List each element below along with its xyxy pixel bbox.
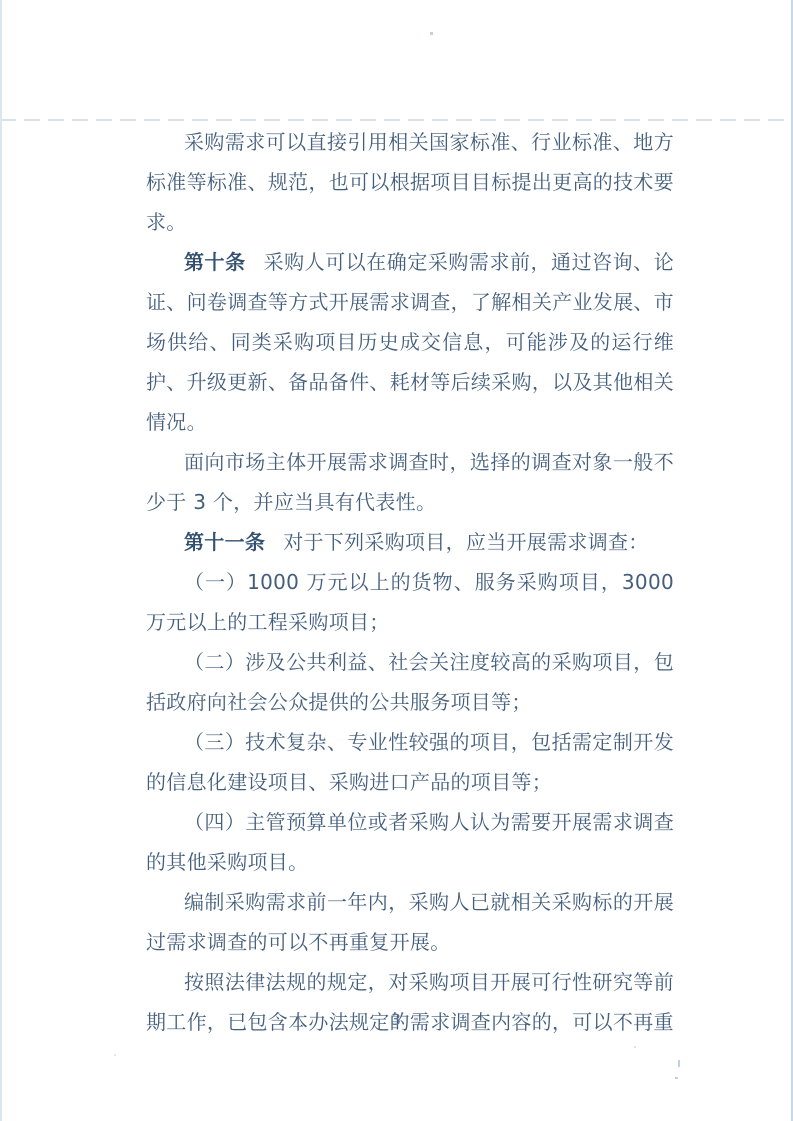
paragraph: 采购需求可以直接引用相关国家标准、行业标准、地方标准等标准、规范，也可以根据项目…: [146, 122, 674, 242]
document-body: 采购需求可以直接引用相关国家标准、行业标准、地方标准等标准、规范，也可以根据项目…: [146, 122, 674, 1042]
paragraph-text: （四）主管预算单位或者采购人认为需要开展需求调查的其他采购项目。: [146, 810, 674, 874]
paragraph-text: （二）涉及公共利益、社会关注度较高的采购项目，包括政府向社会公众提供的公共服务项…: [146, 650, 674, 714]
article-number: 第十条: [184, 250, 246, 274]
scan-edge-line-left: [0, 0, 2, 1121]
paragraph-text: 编制采购需求前一年内，采购人已就相关采购标的开展过需求调查的可以不再重复开展。: [146, 890, 674, 954]
paragraph: 第十条采购人可以在确定采购需求前，通过咨询、论证、问卷调查等方式开展需求调查，了…: [146, 242, 674, 442]
paragraph-text: 面向市场主体开展需求调查时，选择的调查对象一般不少于 3 个，并应当具有代表性。: [146, 450, 674, 514]
paragraph: 第十一条对于下列采购项目，应当开展需求调查：: [146, 522, 674, 562]
page-number: 3: [0, 1010, 793, 1029]
paragraph: 编制采购需求前一年内，采购人已就相关采购标的开展过需求调查的可以不再重复开展。: [146, 882, 674, 962]
scan-speck: [430, 32, 433, 35]
document-page: 采购需求可以直接引用相关国家标准、行业标准、地方标准等标准、规范，也可以根据项目…: [0, 0, 793, 1121]
paragraph-text: 采购人可以在确定采购需求前，通过咨询、论证、问卷调查等方式开展需求调查，了解相关…: [146, 250, 674, 434]
paragraph-text: 采购需求可以直接引用相关国家标准、行业标准、地方标准等标准、规范，也可以根据项目…: [146, 130, 674, 234]
scan-speck: [634, 1046, 636, 1048]
scan-fold-line: [0, 119, 793, 121]
paragraph-text: 对于下列采购项目，应当开展需求调查：: [283, 530, 648, 554]
scan-speck: [678, 1060, 680, 1067]
paragraph: （四）主管预算单位或者采购人认为需要开展需求调查的其他采购项目。: [146, 802, 674, 882]
paragraph: 按照法律法规的规定，对采购项目开展可行性研究等前期工作，已包含本办法规定的需求调…: [146, 962, 674, 1042]
paragraph: 面向市场主体开展需求调查时，选择的调查对象一般不少于 3 个，并应当具有代表性。: [146, 442, 674, 522]
article-number: 第十一条: [184, 530, 265, 554]
paragraph: （一）1000 万元以上的货物、服务采购项目，3000 万元以上的工程采购项目；: [146, 562, 674, 642]
paragraph: （三）技术复杂、专业性较强的项目，包括需定制开发的信息化建设项目、采购进口产品的…: [146, 722, 674, 802]
scan-speck: [114, 1054, 116, 1056]
scan-speck: [675, 1077, 678, 1079]
paragraph-text: （一）1000 万元以上的货物、服务采购项目，3000 万元以上的工程采购项目；: [146, 570, 674, 634]
paragraph-text: （三）技术复杂、专业性较强的项目，包括需定制开发的信息化建设项目、采购进口产品的…: [146, 730, 674, 794]
paragraph: （二）涉及公共利益、社会关注度较高的采购项目，包括政府向社会公众提供的公共服务项…: [146, 642, 674, 722]
